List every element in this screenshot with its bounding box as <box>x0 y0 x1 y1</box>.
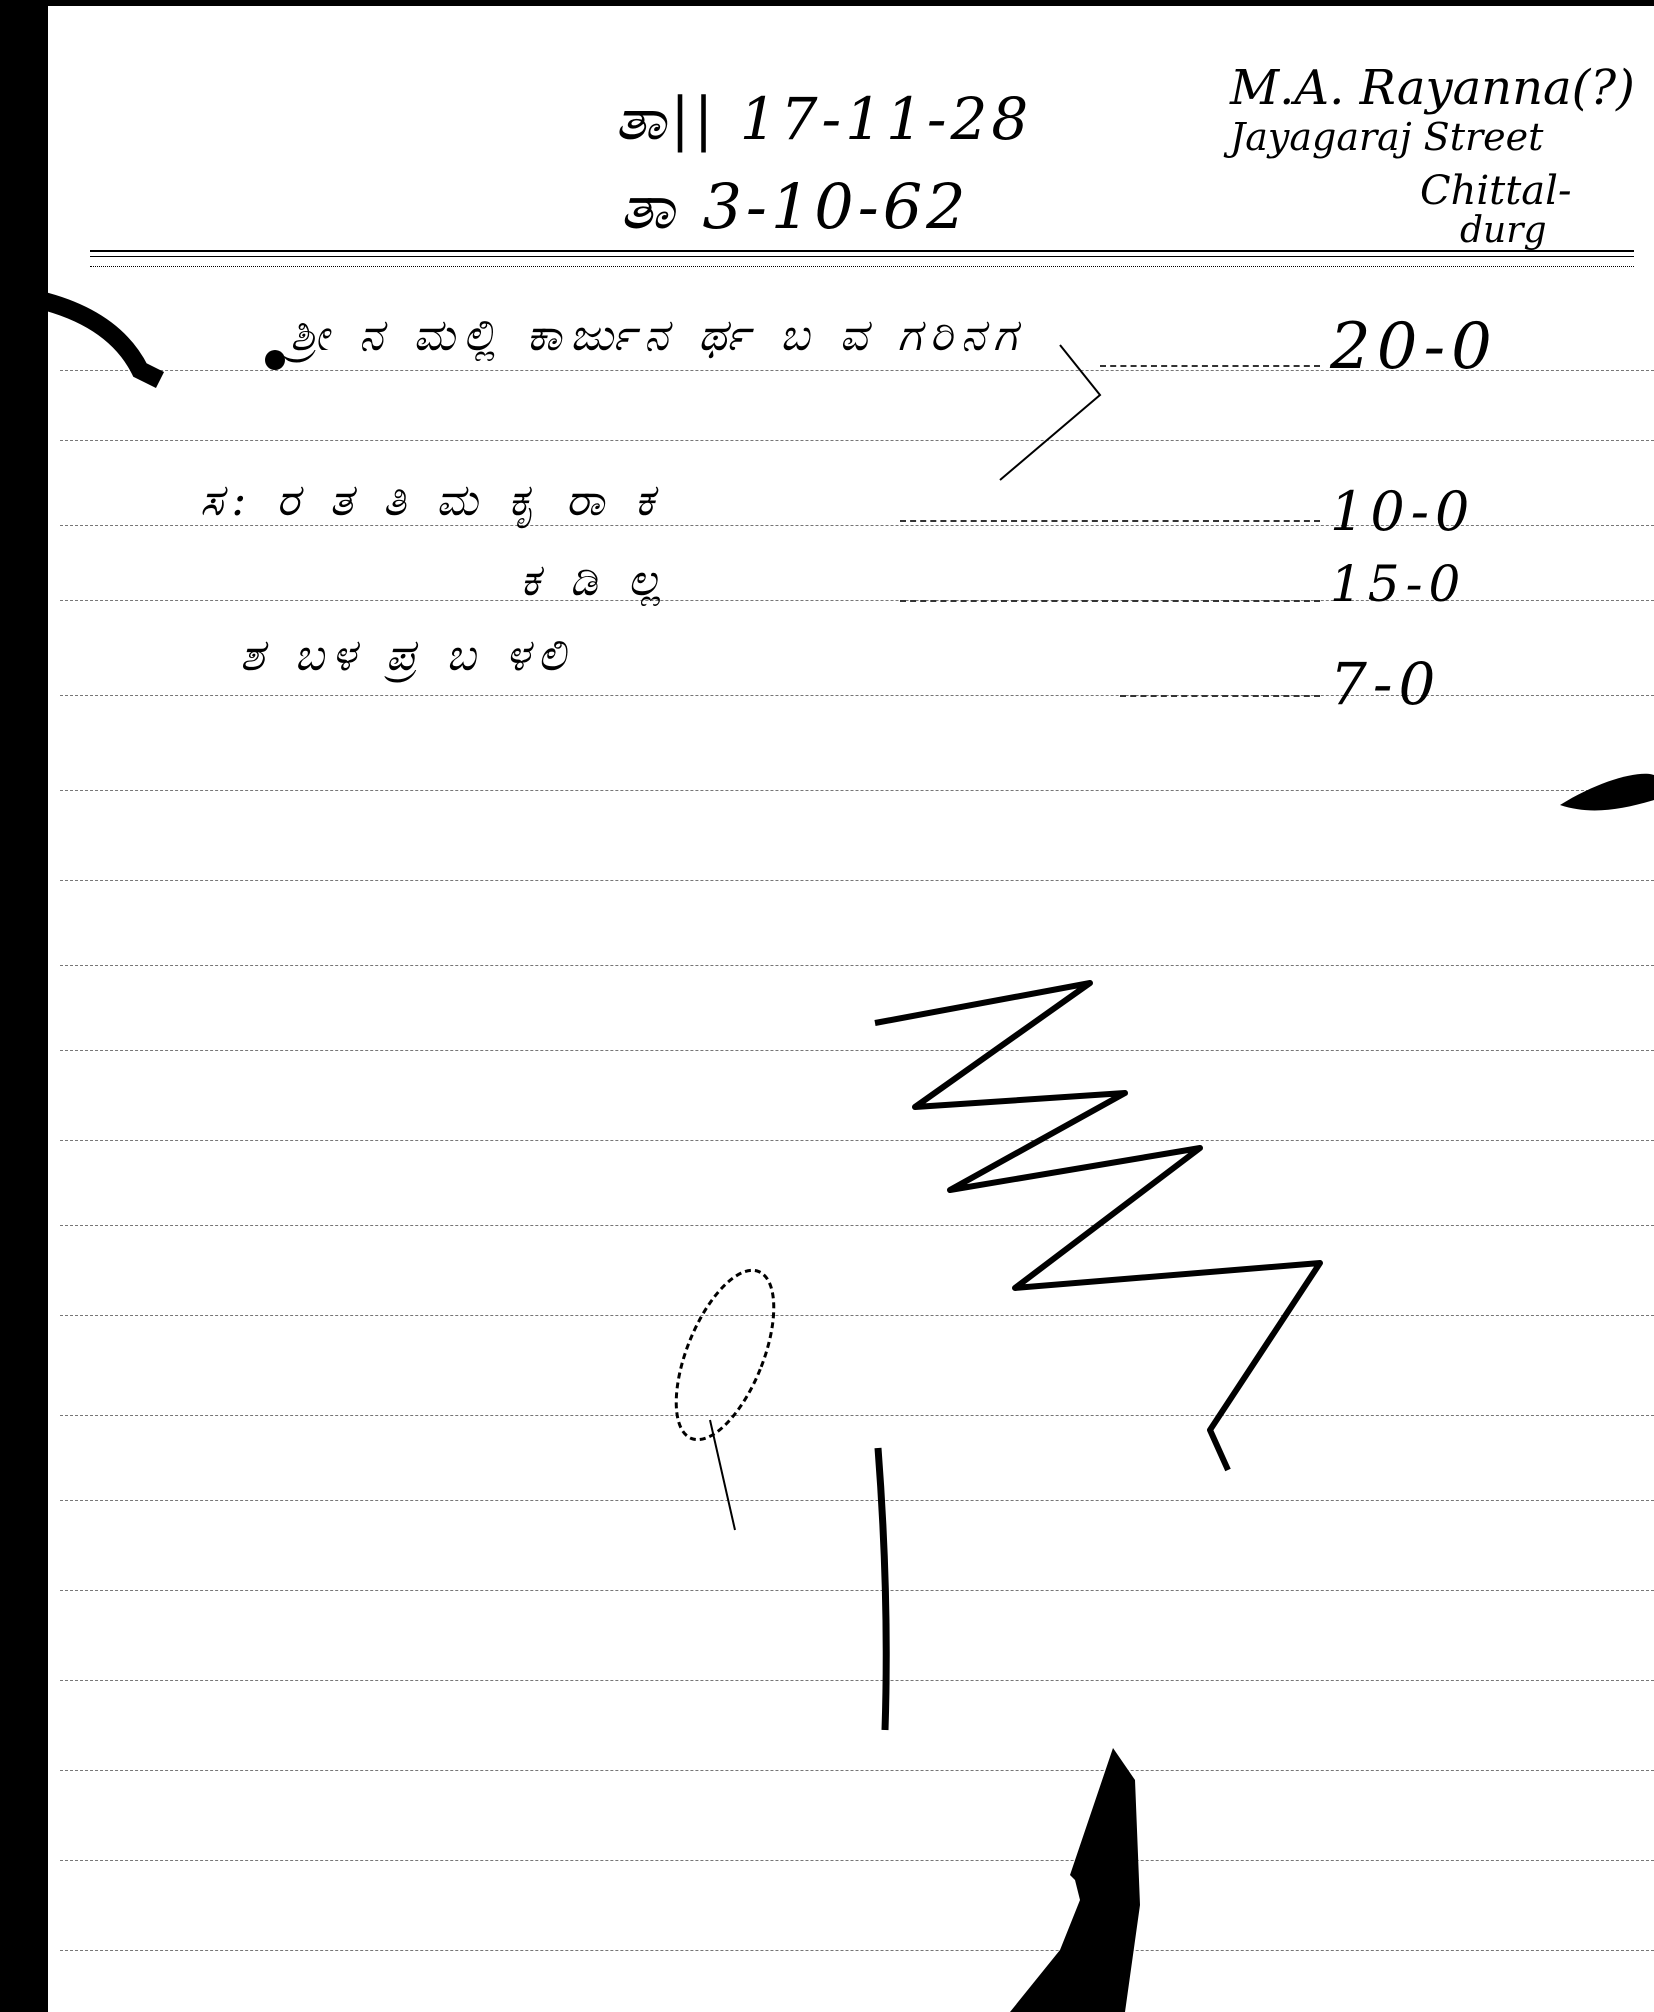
bottom-ink-blot <box>1010 1748 1140 2012</box>
ink-marks <box>0 0 1654 2012</box>
zigzag-scribble <box>875 983 1320 1470</box>
ink-smudge <box>656 1257 794 1452</box>
vertical-pen-stroke <box>878 1448 886 1730</box>
binding-ink-smear <box>40 300 160 380</box>
check-mark <box>1000 345 1100 480</box>
